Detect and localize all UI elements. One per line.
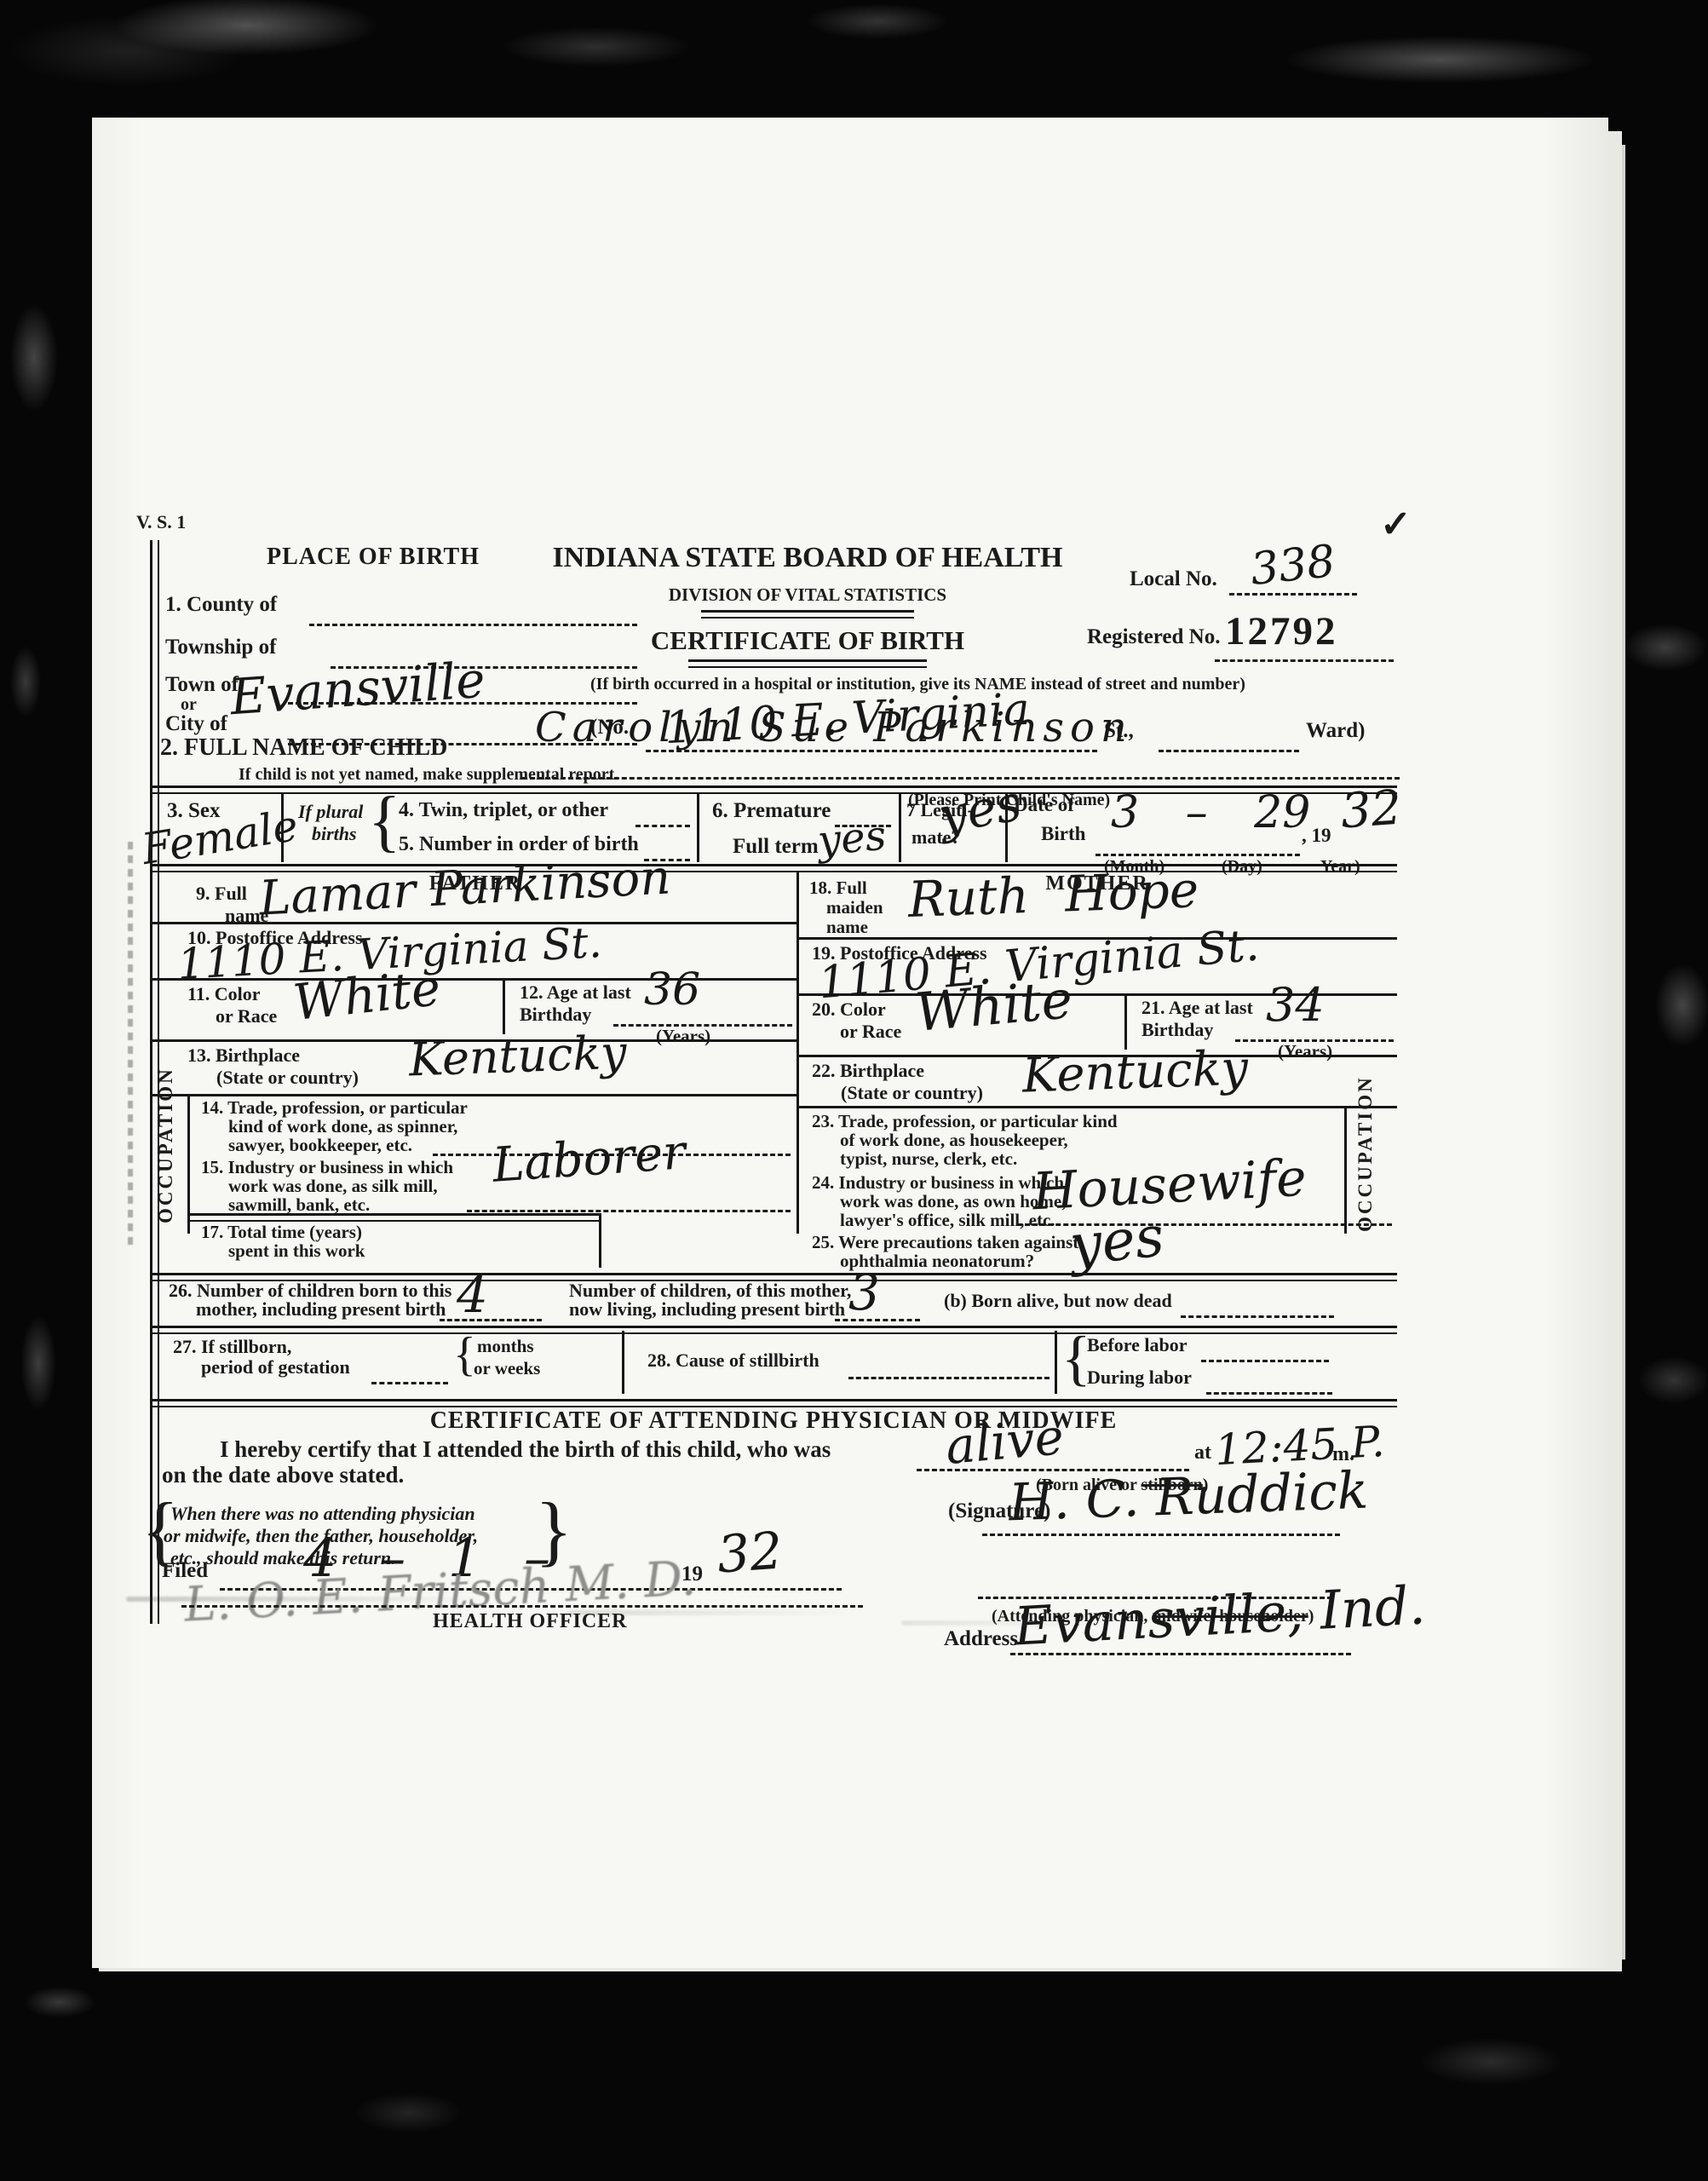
mother-birthplace-value: Kentucky	[1021, 1040, 1249, 1103]
full-term-value: yes	[816, 812, 889, 866]
dotted-line	[309, 622, 637, 626]
father-birthplace-label: 13. Birthplace	[187, 1044, 300, 1067]
margin-annotation	[128, 842, 133, 1251]
born-alive-dead-label: (b) Born alive, but now dead	[944, 1290, 1172, 1312]
pencil-smudge	[901, 1620, 1123, 1626]
date-of-birth-label-1: Date of	[1014, 794, 1074, 816]
mother-precautions-value: yes	[1067, 1203, 1167, 1278]
dotted-line	[635, 823, 690, 827]
dotted-line	[1215, 658, 1394, 662]
column-divider	[1005, 792, 1008, 862]
rule	[688, 659, 927, 668]
mother-age-label-2: Birthday	[1142, 1019, 1213, 1041]
rule	[150, 1326, 1397, 1334]
dotted-line	[1010, 1651, 1351, 1655]
mother-birthplace-caption: (State or country)	[841, 1082, 983, 1104]
dotted-line	[440, 1317, 542, 1321]
dotted-line	[1159, 748, 1299, 752]
father-birthplace-caption: (State or country)	[216, 1067, 359, 1089]
stillborn-label-2: period of gestation	[201, 1356, 350, 1378]
father-name-label-1: 9. Full	[196, 883, 247, 905]
at-label: at	[1194, 1442, 1211, 1465]
paper-shading	[92, 118, 1608, 1968]
father-race-label-2: or Race	[216, 1005, 277, 1027]
rule	[187, 1213, 599, 1222]
mother-name-label-3: name	[826, 917, 868, 938]
dotted-line	[1206, 1390, 1332, 1395]
father-industry-value: Laborer	[491, 1125, 687, 1194]
father-age-label-2: Birthday	[520, 1004, 591, 1026]
dotted-line	[982, 1532, 1340, 1536]
children-living-value: 3	[848, 1263, 880, 1321]
address-value: Evansville, Ind.	[1012, 1574, 1427, 1657]
town-label: Town of	[165, 673, 239, 697]
dotted-line	[371, 1380, 448, 1384]
mother-age-label-1: 21. Age at last	[1142, 997, 1253, 1019]
father-age-label-1: 12. Age at last	[520, 981, 631, 1004]
registered-no-label: Registered No.	[1087, 625, 1220, 649]
father-age-value: 36	[644, 964, 700, 1016]
mother-trade-label-3: typist, nurse, clerk, etc.	[840, 1148, 1017, 1170]
column-divider	[281, 792, 284, 862]
weeks-label: or weeks	[474, 1358, 540, 1379]
full-term-label: Full term	[733, 835, 819, 859]
column-divider	[503, 978, 505, 1034]
certify-text-1: I hereby certify that I attended the bir…	[220, 1436, 831, 1463]
child-name-value: Carolyn Sue Parkinson	[535, 704, 1133, 751]
months-label: months	[477, 1336, 534, 1357]
address-label: Address	[944, 1627, 1018, 1651]
form-code: V. S. 1	[136, 511, 186, 533]
stillborn-label-1: 27. If stillborn,	[173, 1336, 291, 1358]
year-prefix: , 19	[1302, 825, 1331, 847]
legitimate-value: yes	[935, 774, 1026, 845]
parents-center-divider	[796, 871, 799, 1234]
dotted-line	[1201, 1358, 1329, 1362]
children-born-label-2: mother, including present birth	[196, 1298, 446, 1321]
mother-industry-label-3: lawyer's office, silk mill, etc.	[840, 1210, 1055, 1231]
father-total-time-label-2: spent in this work	[228, 1240, 365, 1262]
physician-signature-value: H. C. Ruddick	[1008, 1461, 1369, 1534]
mother-age-value: 34	[1266, 978, 1325, 1032]
before-labor-label: Before labor	[1087, 1334, 1188, 1356]
father-name-value: Lamar Parkinson	[258, 849, 672, 926]
mother-name-value: Ruth Hope	[907, 860, 1199, 929]
no-attending-note-1: When there was no attending physician	[170, 1503, 475, 1525]
mother-race-value: White	[912, 968, 1075, 1044]
county-label: 1. County of	[165, 593, 277, 617]
dotted-line	[181, 1603, 863, 1608]
occupation-box-border	[1344, 1106, 1347, 1234]
supplemental-note: If child is not yet named, make suppleme…	[239, 765, 618, 785]
mother-name-label-1: 18. Full	[809, 878, 867, 899]
mother-race-label-2: or Race	[840, 1021, 901, 1043]
children-living-label-2: now living, including present birth	[569, 1298, 845, 1321]
physician-certificate-title: CERTIFICATE OF ATTENDING PHYSICIAN OR MI…	[150, 1407, 1397, 1435]
rule	[701, 610, 914, 619]
board-title: INDIANA STATE BOARD OF HEALTH	[526, 542, 1089, 574]
mother-name-label-2: maiden	[826, 897, 883, 918]
dotted-line	[522, 775, 1400, 780]
dotted-line	[848, 1375, 1050, 1379]
twin-label: 4. Twin, triplet, or other	[399, 799, 608, 822]
plural-label-1: If plural	[298, 801, 363, 823]
mother-occupation-side-label: OCCUPATION	[1354, 1113, 1377, 1232]
pencil-smudge	[569, 1610, 859, 1615]
rule	[150, 1399, 1397, 1407]
column-divider	[899, 792, 901, 862]
rule	[799, 1106, 1397, 1108]
father-years-caption: (Years)	[656, 1026, 710, 1047]
column-divider	[622, 1331, 624, 1394]
ward-label: Ward)	[1306, 719, 1365, 743]
alive-value: alive	[943, 1407, 1066, 1476]
column-divider	[599, 1213, 601, 1268]
dotted-line	[1181, 1314, 1334, 1318]
child-name-label: 2. FULL NAME OF CHILD	[160, 734, 447, 762]
mother-race-label-1: 20. Color	[812, 998, 886, 1021]
rule	[150, 1094, 796, 1096]
township-label: Township of	[165, 636, 276, 659]
city-value: Evansville	[228, 651, 487, 727]
premature-label: 6. Premature	[712, 799, 831, 823]
dotted-line	[1096, 852, 1300, 856]
city-label: City of	[165, 712, 227, 736]
dotted-line	[1229, 591, 1357, 596]
father-race-label-1: 11. Color	[187, 983, 261, 1005]
mother-birthplace-label: 22. Birthplace	[812, 1060, 924, 1082]
father-occupation-side-label: OCCUPATION	[155, 1104, 177, 1223]
dotted-line	[835, 1317, 920, 1321]
column-divider	[1124, 993, 1127, 1050]
pencil-smudge	[126, 1597, 484, 1602]
date-of-birth-label-2: Birth	[1041, 823, 1085, 845]
dotted-line	[467, 1208, 791, 1212]
birth-month-day-value: 3 – 29	[1111, 787, 1310, 838]
place-of-birth-heading: PLACE OF BIRTH	[194, 544, 552, 571]
mother-industry-value: Housewife	[1031, 1148, 1308, 1223]
certificate-paper: V. S. 1 ✓ PLACE OF BIRTH INDIANA STATE B…	[92, 118, 1608, 1968]
filed-year-value: 32	[716, 1521, 785, 1585]
children-born-value: 4	[457, 1266, 488, 1324]
father-trade-label-3: sawyer, bookkeeper, etc.	[228, 1135, 412, 1156]
scanned-birth-certificate: V. S. 1 ✓ PLACE OF BIRTH INDIANA STATE B…	[0, 0, 1708, 2181]
registered-no-value: 12792	[1225, 608, 1338, 654]
during-labor-label: During labor	[1087, 1367, 1192, 1389]
checkmark-icon: ✓	[1380, 503, 1412, 546]
certify-text-2: on the date above stated.	[162, 1462, 404, 1488]
column-divider	[697, 792, 699, 862]
column-divider	[1055, 1331, 1057, 1394]
local-no-label: Local No.	[1130, 567, 1217, 591]
birth-year-value: 32	[1339, 780, 1404, 840]
cause-stillbirth-label: 28. Cause of stillbirth	[647, 1349, 819, 1372]
mother-years-caption: (Years)	[1278, 1041, 1332, 1062]
division-subtitle: DIVISION OF VITAL STATISTICS	[526, 584, 1089, 606]
father-birthplace-value: Kentucky	[408, 1026, 628, 1087]
plural-label-2: births	[312, 823, 357, 845]
local-no-value: 338	[1248, 536, 1337, 596]
certificate-title: CERTIFICATE OF BIRTH	[526, 625, 1089, 656]
